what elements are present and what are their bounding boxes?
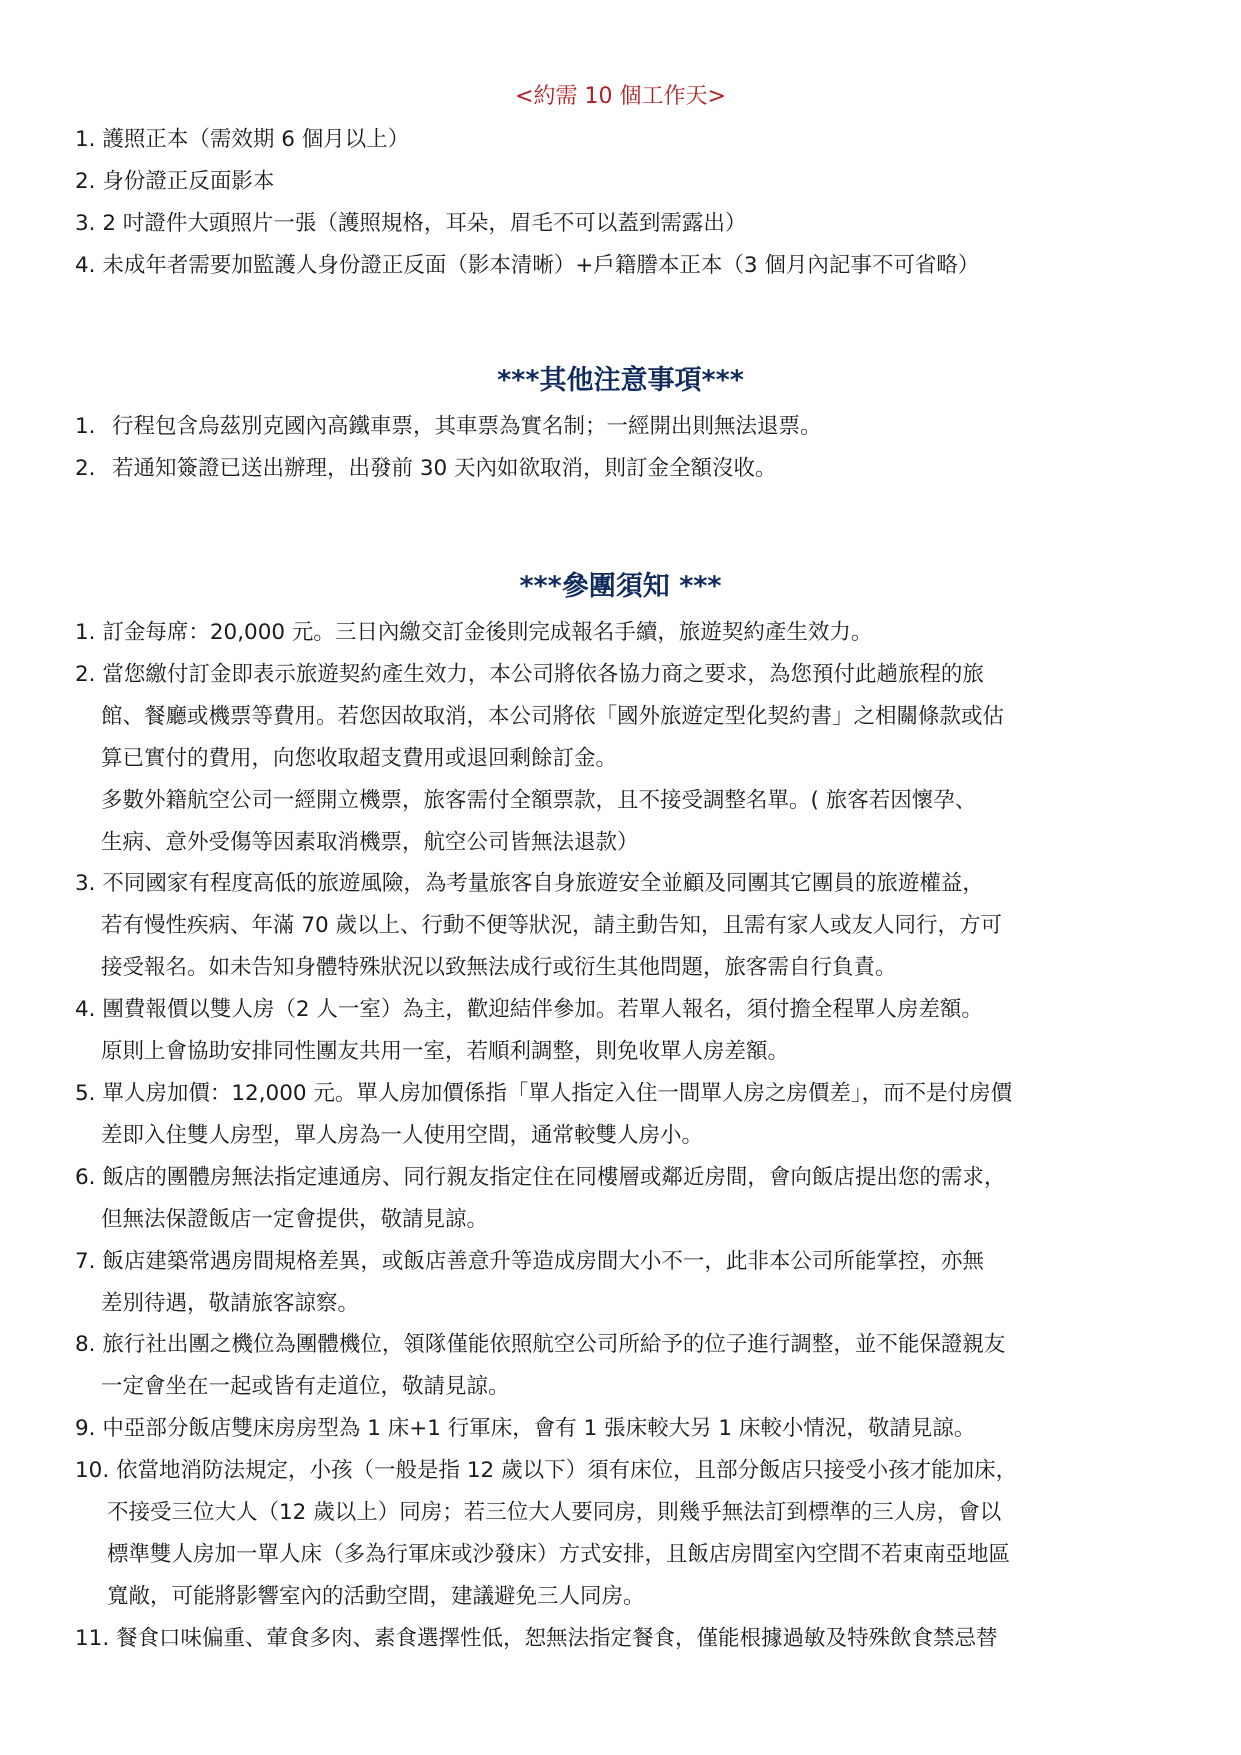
item-number: 3. (75, 863, 96, 905)
item-continuation-line: 不接受三位大人（12 歲以上）同房；若三位大人要同房，則幾乎無法訂到標準的三人房… (75, 1492, 1175, 1534)
list-item: 2.若通知簽證已送出辦理，出發前 30 天內如欲取消，則訂金全額沒收。 (75, 448, 1175, 490)
item-first-line: 6. 飯店的團體房無法指定連通房、同行親友指定住在同樓層或鄰近房間，會向飯店提出… (75, 1157, 1175, 1199)
item-number: 2. (75, 161, 96, 203)
list-item: 9. 中亞部分飯店雙床房房型為 1 床+1 行軍床，會有 1 張床較大另 1 床… (75, 1408, 1175, 1450)
list-item: 7. 飯店建築常遇房間規格差異，或飯店善意升等造成房間大小不一，此非本公司所能掌… (75, 1241, 1175, 1325)
item-first-line: 7. 飯店建築常遇房間規格差異，或飯店善意升等造成房間大小不一，此非本公司所能掌… (75, 1241, 1175, 1283)
item-first-line: 3. 2 吋證件大頭照片一張（護照規格，耳朵，眉毛不可以蓋到需露出） (75, 203, 1175, 245)
item-continuation-line: 標準雙人房加一單人床（多為行軍床或沙發床）方式安排，且飯店房間室內空間不若東南亞… (75, 1534, 1175, 1576)
item-first-line: 9. 中亞部分飯店雙床房房型為 1 床+1 行軍床，會有 1 張床較大另 1 床… (75, 1408, 1175, 1450)
item-continuation-line: 一定會坐在一起或皆有走道位，敬請見諒。 (75, 1366, 1175, 1408)
list-item: 5. 單人房加價：12,000 元。單人房加價係指「單人指定入住一間單人房之房價… (75, 1073, 1175, 1157)
item-number: 3. (75, 203, 96, 245)
item-number: 10. (75, 1450, 109, 1492)
list-item: 2. 當您繳付訂金即表示旅遊契約產生效力，本公司將依各協力商之要求，為您預付此趟… (75, 654, 1175, 864)
tour-terms-list: 1. 訂金每席：20,000 元。三日內繳交訂金後則完成報名手續，旅遊契約產生效… (75, 612, 1175, 1660)
item-first-line: 2. 當您繳付訂金即表示旅遊契約產生效力，本公司將依各協力商之要求，為您預付此趟… (75, 654, 1175, 696)
processing-time-note: <約需 10 個工作天> (0, 83, 1241, 111)
tour-terms-title: ***參團須知 *** (0, 570, 1241, 604)
item-first-line: 3. 不同國家有程度高低的旅遊風險，為考量旅客自身旅遊安全並顧及同團其它團員的旅… (75, 863, 1175, 905)
item-text: 身份證正反面影本 (102, 169, 274, 194)
list-item: 4. 未成年者需要加監護人身份證正反面（影本清晰）+戶籍謄本正本（3 個月內記事… (75, 245, 1175, 287)
list-item: 4. 團費報價以雙人房（2 人一室）為主，歡迎結伴參加。若單人報名，須付擔全程單… (75, 989, 1175, 1073)
item-text: 單人房加價：12,000 元。單人房加價係指「單人指定入住一間單人房之房價差」，… (102, 1081, 1012, 1106)
document-page: <約需 10 個工作天> 1. 護照正本（需效期 6 個月以上）2. 身份證正反… (0, 0, 1241, 1755)
item-text: 未成年者需要加監護人身份證正反面（影本清晰）+戶籍謄本正本（3 個月內記事不可省… (102, 253, 979, 278)
list-item: 2. 身份證正反面影本 (75, 161, 1175, 203)
item-number: 1. (75, 406, 112, 448)
item-number: 2. (75, 654, 96, 696)
item-number: 11. (75, 1618, 109, 1660)
item-text: 餐食口味偏重、葷食多肉、素食選擇性低，恕無法指定餐食，僅能根據過敏及特殊飲食禁忌… (116, 1626, 998, 1651)
item-first-line: 1. 訂金每席：20,000 元。三日內繳交訂金後則完成報名手續，旅遊契約產生效… (75, 612, 1175, 654)
item-first-line: 2.若通知簽證已送出辦理，出發前 30 天內如欲取消，則訂金全額沒收。 (75, 448, 1175, 490)
item-continuation-line: 多數外籍航空公司一經開立機票，旅客需付全額票款，且不接受調整名單。( 旅客若因懷… (75, 780, 1175, 822)
item-number: 1. (75, 612, 96, 654)
item-text: 旅行社出團之機位為團體機位，領隊僅能依照航空公司所給予的位子進行調整，並不能保證… (102, 1332, 1005, 1357)
item-text: 行程包含烏茲別克國內高鐵車票，其車票為實名制；一經開出則無法退票。 (112, 414, 822, 439)
item-number: 6. (75, 1157, 96, 1199)
item-number: 8. (75, 1324, 96, 1366)
item-continuation-line: 算已實付的費用，向您收取超支費用或退回剩餘訂金。 (75, 738, 1175, 780)
item-first-line: 5. 單人房加價：12,000 元。單人房加價係指「單人指定入住一間單人房之房價… (75, 1073, 1175, 1115)
item-first-line: 2. 身份證正反面影本 (75, 161, 1175, 203)
item-number: 5. (75, 1073, 96, 1115)
list-item: 3. 不同國家有程度高低的旅遊風險，為考量旅客自身旅遊安全並顧及同團其它團員的旅… (75, 863, 1175, 989)
item-number: 7. (75, 1241, 96, 1283)
item-first-line: 11. 餐食口味偏重、葷食多肉、素食選擇性低，恕無法指定餐食，僅能根據過敏及特殊… (75, 1618, 1175, 1660)
item-number: 1. (75, 119, 96, 161)
list-item: 8. 旅行社出團之機位為團體機位，領隊僅能依照航空公司所給予的位子進行調整，並不… (75, 1324, 1175, 1408)
item-text: 依當地消防法規定，小孩（一般是指 12 歲以下）須有床位，且部分飯店只接受小孩才… (116, 1458, 1017, 1483)
other-notes-title: ***其他注意事項*** (0, 364, 1241, 398)
item-first-line: 1.行程包含烏茲別克國內高鐵車票，其車票為實名制；一經開出則無法退票。 (75, 406, 1175, 448)
list-item: 1.行程包含烏茲別克國內高鐵車票，其車票為實名制；一經開出則無法退票。 (75, 406, 1175, 448)
item-continuation-line: 但無法保證飯店一定會提供，敬請見諒。 (75, 1199, 1175, 1241)
item-number: 4. (75, 245, 96, 287)
item-first-line: 1. 護照正本（需效期 6 個月以上） (75, 119, 1175, 161)
item-text: 當您繳付訂金即表示旅遊契約產生效力，本公司將依各協力商之要求，為您預付此趟旅程的… (102, 662, 984, 687)
item-text: 飯店的團體房無法指定連通房、同行親友指定住在同樓層或鄰近房間，會向飯店提出您的需… (102, 1165, 1005, 1190)
item-continuation-line: 差別待遇，敬請旅客諒察。 (75, 1283, 1175, 1325)
list-item: 3. 2 吋證件大頭照片一張（護照規格，耳朵，眉毛不可以蓋到需露出） (75, 203, 1175, 245)
item-first-line: 4. 團費報價以雙人房（2 人一室）為主，歡迎結伴參加。若單人報名，須付擔全程單… (75, 989, 1175, 1031)
item-number: 2. (75, 448, 112, 490)
item-first-line: 10. 依當地消防法規定，小孩（一般是指 12 歲以下）須有床位，且部分飯店只接… (75, 1450, 1175, 1492)
item-number: 4. (75, 989, 96, 1031)
list-item: 1. 訂金每席：20,000 元。三日內繳交訂金後則完成報名手續，旅遊契約產生效… (75, 612, 1175, 654)
item-continuation-line: 差即入住雙人房型，單人房為一人使用空間，通常較雙人房小。 (75, 1115, 1175, 1157)
item-continuation-line: 寬敞，可能將影響室內的活動空間，建議避免三人同房。 (75, 1576, 1175, 1618)
item-continuation-line: 接受報名。如未告知身體特殊狀況以致無法成行或衍生其他問題，旅客需自行負責。 (75, 947, 1175, 989)
list-item: 1. 護照正本（需效期 6 個月以上） (75, 119, 1175, 161)
list-item: 6. 飯店的團體房無法指定連通房、同行親友指定住在同樓層或鄰近房間，會向飯店提出… (75, 1157, 1175, 1241)
item-number: 9. (75, 1408, 96, 1450)
other-notes-list: 1.行程包含烏茲別克國內高鐵車票，其車票為實名制；一經開出則無法退票。2.若通知… (75, 406, 1175, 490)
list-item: 10. 依當地消防法規定，小孩（一般是指 12 歲以下）須有床位，且部分飯店只接… (75, 1450, 1175, 1618)
item-text: 2 吋證件大頭照片一張（護照規格，耳朵，眉毛不可以蓋到需露出） (102, 211, 746, 236)
list-item: 11. 餐食口味偏重、葷食多肉、素食選擇性低，恕無法指定餐食，僅能根據過敏及特殊… (75, 1618, 1175, 1660)
item-continuation-line: 若有慢性疾病、年滿 70 歲以上、行動不便等狀況，請主動告知，且需有家人或友人同… (75, 905, 1175, 947)
item-text: 飯店建築常遇房間規格差異，或飯店善意升等造成房間大小不一，此非本公司所能掌控，亦… (102, 1249, 984, 1274)
item-continuation-line: 原則上會協助安排同性團友共用一室，若順利調整，則免收單人房差額。 (75, 1031, 1175, 1073)
item-continuation-line: 生病、意外受傷等因素取消機票，航空公司皆無法退款） (75, 822, 1175, 864)
item-text: 不同國家有程度高低的旅遊風險，為考量旅客自身旅遊安全並顧及同團其它團員的旅遊權益… (102, 871, 984, 896)
item-first-line: 4. 未成年者需要加監護人身份證正反面（影本清晰）+戶籍謄本正本（3 個月內記事… (75, 245, 1175, 287)
item-text: 中亞部分飯店雙床房房型為 1 床+1 行軍床，會有 1 張床較大另 1 床較小情… (102, 1416, 975, 1441)
item-continuation-line: 館、餐廳或機票等費用。若您因故取消，本公司將依「國外旅遊定型化契約書」之相關條款… (75, 696, 1175, 738)
documents-required-list: 1. 護照正本（需效期 6 個月以上）2. 身份證正反面影本3. 2 吋證件大頭… (75, 119, 1175, 287)
item-first-line: 8. 旅行社出團之機位為團體機位，領隊僅能依照航空公司所給予的位子進行調整，並不… (75, 1324, 1175, 1366)
item-text: 護照正本（需效期 6 個月以上） (102, 127, 409, 152)
item-text: 若通知簽證已送出辦理，出發前 30 天內如欲取消，則訂金全額沒收。 (112, 456, 777, 481)
item-text: 團費報價以雙人房（2 人一室）為主，歡迎結伴參加。若單人報名，須付擔全程單人房差… (102, 997, 983, 1022)
item-text: 訂金每席：20,000 元。三日內繳交訂金後則完成報名手續，旅遊契約產生效力。 (102, 620, 872, 645)
